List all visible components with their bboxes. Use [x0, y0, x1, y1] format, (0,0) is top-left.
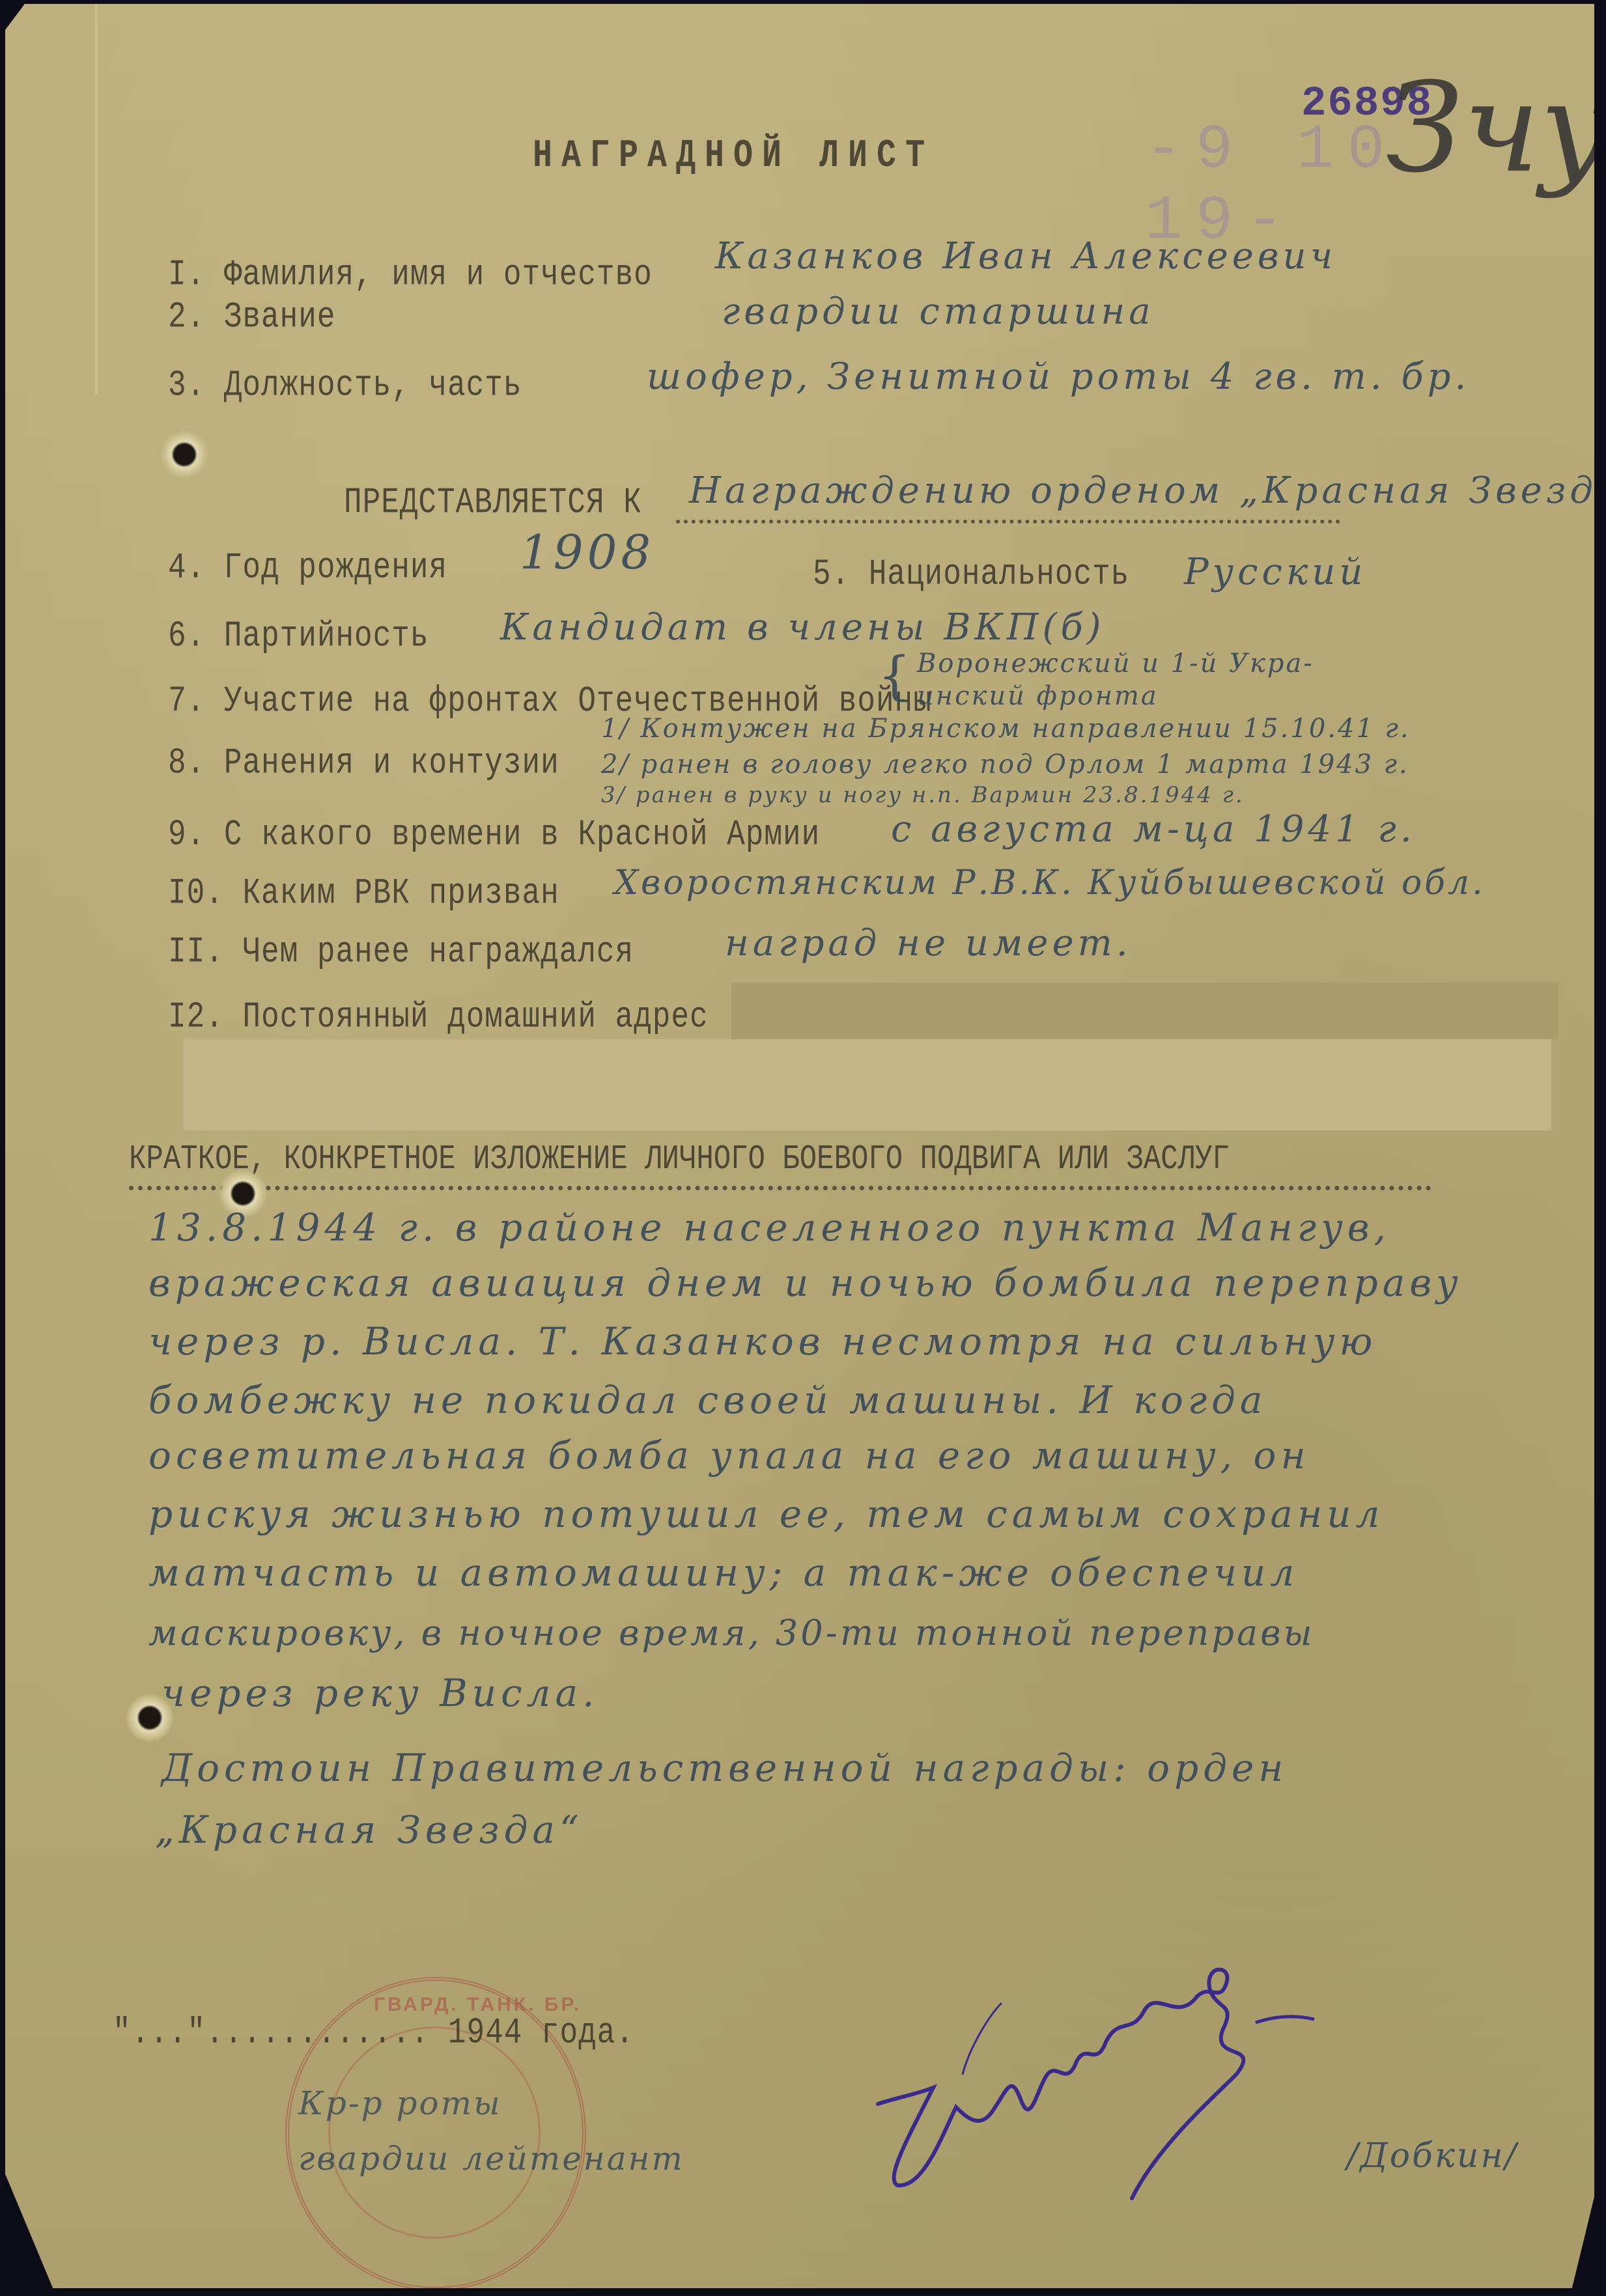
fronts-brace: { — [878, 645, 911, 706]
signer-position: Кр-р роты — [298, 2084, 502, 2122]
signer-rank: гвардии лейтенант — [298, 2140, 684, 2177]
footer-date: "..."............ 1944 года. — [113, 2013, 634, 2053]
field-7-number: 7. — [168, 681, 205, 721]
field-11-label: Чем ранее награждался — [242, 932, 634, 972]
field-8-number: 8. — [168, 743, 205, 783]
field-5-value-nationality: Русский — [1184, 551, 1366, 593]
field-11-value-awards: наград не имеет. — [725, 922, 1132, 964]
field-1-number: I. — [168, 255, 205, 295]
field-6-label: Партийность — [224, 616, 429, 656]
field-2-label: Звание — [224, 297, 336, 337]
feat-line-1: 13.8.1944 г. в районе населенного пункта… — [148, 1205, 1390, 1250]
signer-name: /Добкин/ — [1347, 2136, 1518, 2176]
field-5-number: 5. — [813, 554, 850, 595]
feat-line-4: бомбежку не покидал своей машины. И когд… — [148, 1378, 1267, 1422]
field-4-value-birth-year: 1908 — [520, 525, 655, 580]
field-10-value-rvk: Хворостянским Р.В.К. Куйбышевской обл. — [614, 863, 1486, 903]
presented-value-award: Награждению орденом „Красная Звезда“ — [689, 469, 1606, 512]
field-12-label: Постоянный домашний адрес — [242, 997, 708, 1037]
field-6-value-party: Кандидат в члены ВКП(б) — [500, 606, 1105, 649]
field-5-label: Национальность — [869, 554, 1129, 595]
feat-line-6: рискуя жизнью потушил ее, тем самым сохр… — [148, 1492, 1384, 1536]
punch-hole — [126, 1694, 174, 1742]
field-7-value-line2: инский фронта — [917, 681, 1159, 711]
field-2-number: 2. — [168, 297, 205, 337]
field-8-wound-3: 3/ ранен в руку и ногу н.п. Вармин 23.8.… — [601, 782, 1245, 808]
field-6-number: 6. — [168, 616, 205, 656]
feat-conclusion-line-2: „Красная Звезда“ — [155, 1808, 584, 1852]
field-12-number: I2. — [168, 997, 224, 1037]
document-title: НАГРАДНОЙ ЛИСТ — [533, 134, 934, 178]
field-8-wound-1: 1/ Контужен на Брянском направлении 15.1… — [601, 714, 1411, 744]
field-4-number: 4. — [168, 548, 205, 588]
fold-crease — [95, 4, 98, 395]
field-8-wound-2: 2/ ранен в голову легко под Орлом 1 март… — [601, 749, 1409, 779]
pencil-resolution-mark: Зчу — [1386, 56, 1606, 200]
field-11-number: II. — [168, 932, 224, 972]
field-4-label: Год рождения — [224, 548, 447, 588]
feat-conclusion-line-1: Достоин Правительственной награды: орден — [162, 1746, 1288, 1790]
presented-dotted-line — [676, 520, 1340, 524]
punch-hole — [160, 430, 208, 479]
feat-line-3: через р. Висла. Т. Казанков несмотря на … — [148, 1319, 1377, 1364]
field-8-label: Ранения и контузии — [224, 743, 559, 783]
feat-heading: КРАТКОЕ, КОНКРЕТНОЕ ИЗЛОЖЕНИЕ ЛИЧНОГО БО… — [129, 1140, 1230, 1179]
field-3-value-position: шофер, Зенитной роты 4 гв. т. бр. — [647, 356, 1470, 398]
feat-line-2: вражеская авиация днем и ночью бомбила п… — [148, 1261, 1463, 1305]
presented-label: ПРЕДСТАВЛЯЕТСЯ К — [344, 483, 642, 523]
field-2-value-rank: гвардии старшина — [722, 290, 1155, 333]
feat-heading-dotted-line — [129, 1186, 1431, 1190]
field-3-label: Должность, часть — [224, 365, 522, 406]
address-redaction-lower — [184, 1039, 1551, 1130]
field-3-number: 3. — [168, 365, 205, 406]
address-redaction-upper — [731, 983, 1558, 1039]
feat-line-5: осветительная бомба упала на его машину,… — [148, 1433, 1310, 1477]
field-1-value-name: Казанков Иван Алексеевич — [715, 235, 1336, 277]
field-9-number: 9. — [168, 815, 205, 855]
document-page: НАГРАДНОЙ ЛИСТ -9 10 19- 26898 Зчу I. Фа… — [5, 4, 1594, 2288]
field-9-label: С какого времени в Красной Армии — [224, 815, 820, 855]
field-10-number: I0. — [168, 873, 224, 914]
feat-line-8: маскировку, в ночное время, 30-ти тонной… — [148, 1612, 1315, 1653]
feat-line-7: матчасть и автомашину; а так-же обеспечи… — [148, 1550, 1299, 1595]
field-1-label: Фамилия, имя и отчество — [224, 255, 653, 295]
field-9-value-since: с августа м-ца 1941 г. — [891, 808, 1416, 850]
field-7-value-line1: Воронежский и 1-й Укра- — [917, 649, 1314, 679]
feat-line-9: через реку Висла. — [162, 1671, 599, 1715]
commander-signature — [871, 1964, 1523, 2224]
field-10-label: Каким РВК призван — [242, 873, 559, 914]
